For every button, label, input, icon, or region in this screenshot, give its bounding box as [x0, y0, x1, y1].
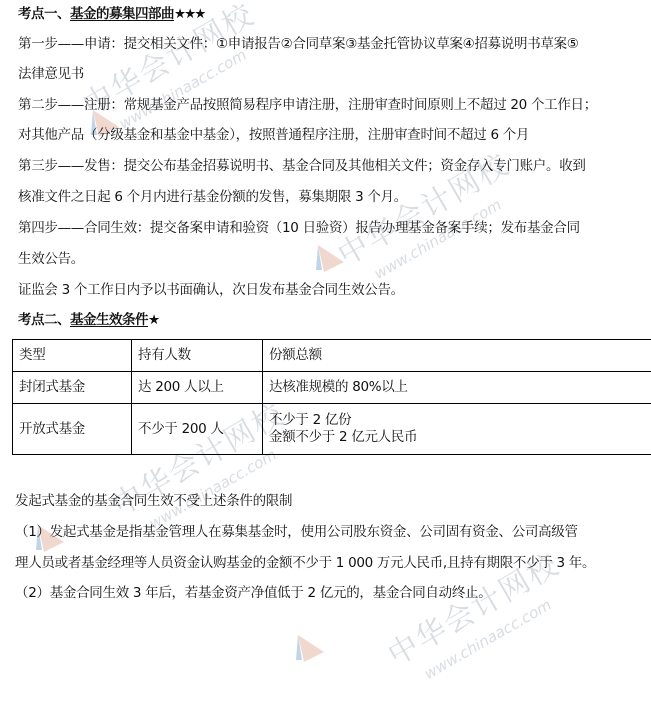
step4-line1: 第四步——合同生效：提交备案申请和验资（10 日验资）报告办理基金备案手续；发布…: [18, 219, 580, 237]
table-cell-line: 金额不少于 2 亿元人民币: [269, 429, 651, 446]
watermark-url: www.chinaacc.com: [371, 196, 504, 283]
star-rating-icon: ★: [148, 312, 158, 328]
heading-title: 基金生效条件: [70, 312, 148, 328]
watermark-url: www.chinaacc.com: [146, 446, 279, 533]
heading-title: 基金的募集四部曲: [70, 6, 174, 22]
step2-line1: 第二步——注册：常规基金产品按照简易程序申请注册，注册审查时间原则上不超过 20…: [18, 96, 597, 114]
sponsored-fund-note: 发起式基金的基金合同生效不受上述条件的限制: [15, 492, 292, 510]
step1-line2: 法律意见书: [18, 65, 84, 83]
table-cell: 达核准规模的 80%以上: [263, 372, 651, 404]
step1-line1: 第一步——申请：提交相关文件：①申请报告②合同草案③基金托管协议草案④招募说明书…: [18, 35, 579, 53]
table-header-row: 类型 持有人数 份额总额: [13, 340, 651, 372]
watermark-url: www.chinaacc.com: [421, 596, 554, 683]
watermark-logo-icon: [310, 240, 350, 280]
heading-prefix: 考点二、: [18, 312, 70, 328]
step3-line2: 核准文件之日起 6 个月内进行基金份额的发售，募集期限 3 个月。: [18, 188, 407, 206]
note1-line1: （1）发起式基金是指基金管理人在募集基金时，使用公司股东资金、公司固有资金、公司…: [15, 523, 578, 541]
star-rating-icon: ★★★: [174, 6, 204, 22]
table-row: 开放式基金 不少于 200 人 不少于 2 亿份 金额不少于 2 亿元人民币: [13, 404, 651, 455]
table-row: 封闭式基金 达 200 人以上 达核准规模的 80%以上: [13, 372, 651, 404]
table-cell: 不少于 2 亿份 金额不少于 2 亿元人民币: [263, 404, 651, 455]
step3-line1: 第三步——发售：提交公布基金招募说明书、基金合同及其他相关文件；资金存入专门账户…: [18, 157, 586, 175]
fund-effective-conditions-table: 类型 持有人数 份额总额 封闭式基金 达 200 人以上 达核准规模的 80%以…: [12, 339, 651, 455]
watermark-logo-icon: [290, 630, 330, 670]
table-cell: 不少于 200 人: [132, 404, 263, 455]
table-cell: 开放式基金: [13, 404, 132, 455]
table-cell: 封闭式基金: [13, 372, 132, 404]
table-header-cell: 类型: [13, 340, 132, 372]
table-header-cell: 份额总额: [263, 340, 651, 372]
section2-heading: 考点二、基金生效条件★: [18, 311, 158, 329]
step2-line2: 对其他产品（分级基金和基金中基金），按照普通程序注册，注册审查时间不超过 6 个…: [18, 126, 529, 144]
section1-heading: 考点一、基金的募集四部曲★★★: [18, 5, 204, 23]
heading-prefix: 考点一、: [18, 6, 70, 22]
table-header-cell: 持有人数: [132, 340, 263, 372]
watermark-url: www.chinaacc.com: [116, 46, 249, 133]
note2-line: （2）基金合同生效 3 年后，若基金资产净值低于 2 亿元的，基金合同自动终止。: [15, 584, 491, 602]
note1-line2: 理人员或者基金经理等人员资金认购基金的金额不少于 1 000 万元人民币,且持有…: [15, 554, 595, 572]
step4-line2: 生效公告。: [18, 250, 84, 268]
table-cell: 达 200 人以上: [132, 372, 263, 404]
csrc-confirm-line: 证监会 3 个工作日内予以书面确认，次日发布基金合同生效公告。: [18, 281, 404, 299]
table-cell-line: 不少于 2 亿份: [269, 412, 651, 429]
